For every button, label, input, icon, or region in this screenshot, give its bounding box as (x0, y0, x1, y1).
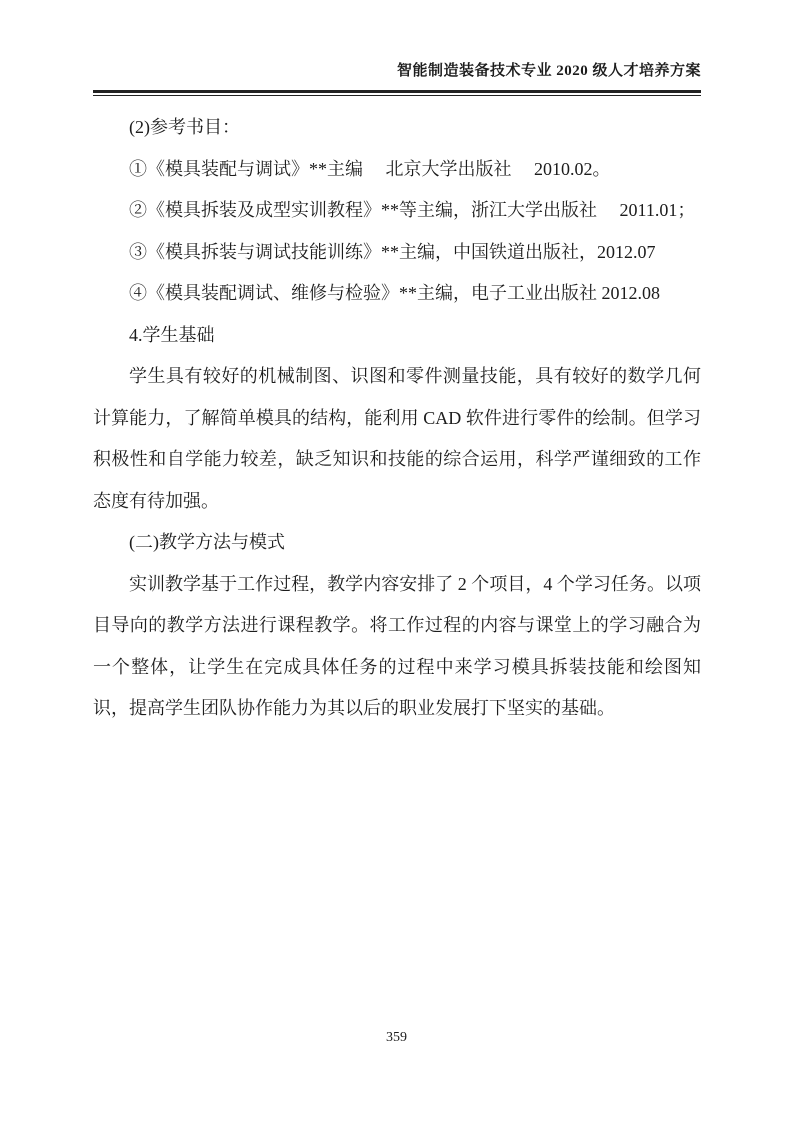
paragraph-student-basis: 学生具有较好的机械制图、识图和零件测量技能，具有较好的数学几何计算能力，了解简单… (93, 356, 701, 522)
section-heading-student-basis: 4.学生基础 (93, 315, 701, 357)
reference-item-4: ④《模具装配调试、维修与检验》**主编，电子工业出版社 2012.08 (93, 273, 701, 315)
document-body: (2)参考书目： ①《模具装配与调试》**主编 北京大学出版社 2010.02。… (93, 107, 701, 730)
section-heading-teaching-methods: (二)教学方法与模式 (93, 522, 701, 564)
reference-item-3: ③《模具拆装与调试技能训练》**主编，中国铁道出版社，2012.07 (93, 232, 701, 274)
references-heading: (2)参考书目： (93, 107, 701, 149)
header-rule (93, 90, 701, 96)
document-page: 智能制造装备技术专业 2020 级人才培养方案 (2)参考书目： ①《模具装配与… (0, 0, 793, 1122)
reference-item-2: ②《模具拆装及成型实训教程》**等主编，浙江大学出版社 2011.01； (93, 190, 701, 232)
page-number: 359 (0, 1030, 793, 1046)
page-header: 智能制造装备技术专业 2020 级人才培养方案 (93, 60, 701, 96)
header-title: 智能制造装备技术专业 2020 级人才培养方案 (93, 60, 701, 82)
reference-item-1: ①《模具装配与调试》**主编 北京大学出版社 2010.02。 (93, 149, 701, 191)
paragraph-teaching-methods: 实训教学基于工作过程，教学内容安排了 2 个项目，4 个学习任务。以项目导向的教… (93, 564, 701, 730)
